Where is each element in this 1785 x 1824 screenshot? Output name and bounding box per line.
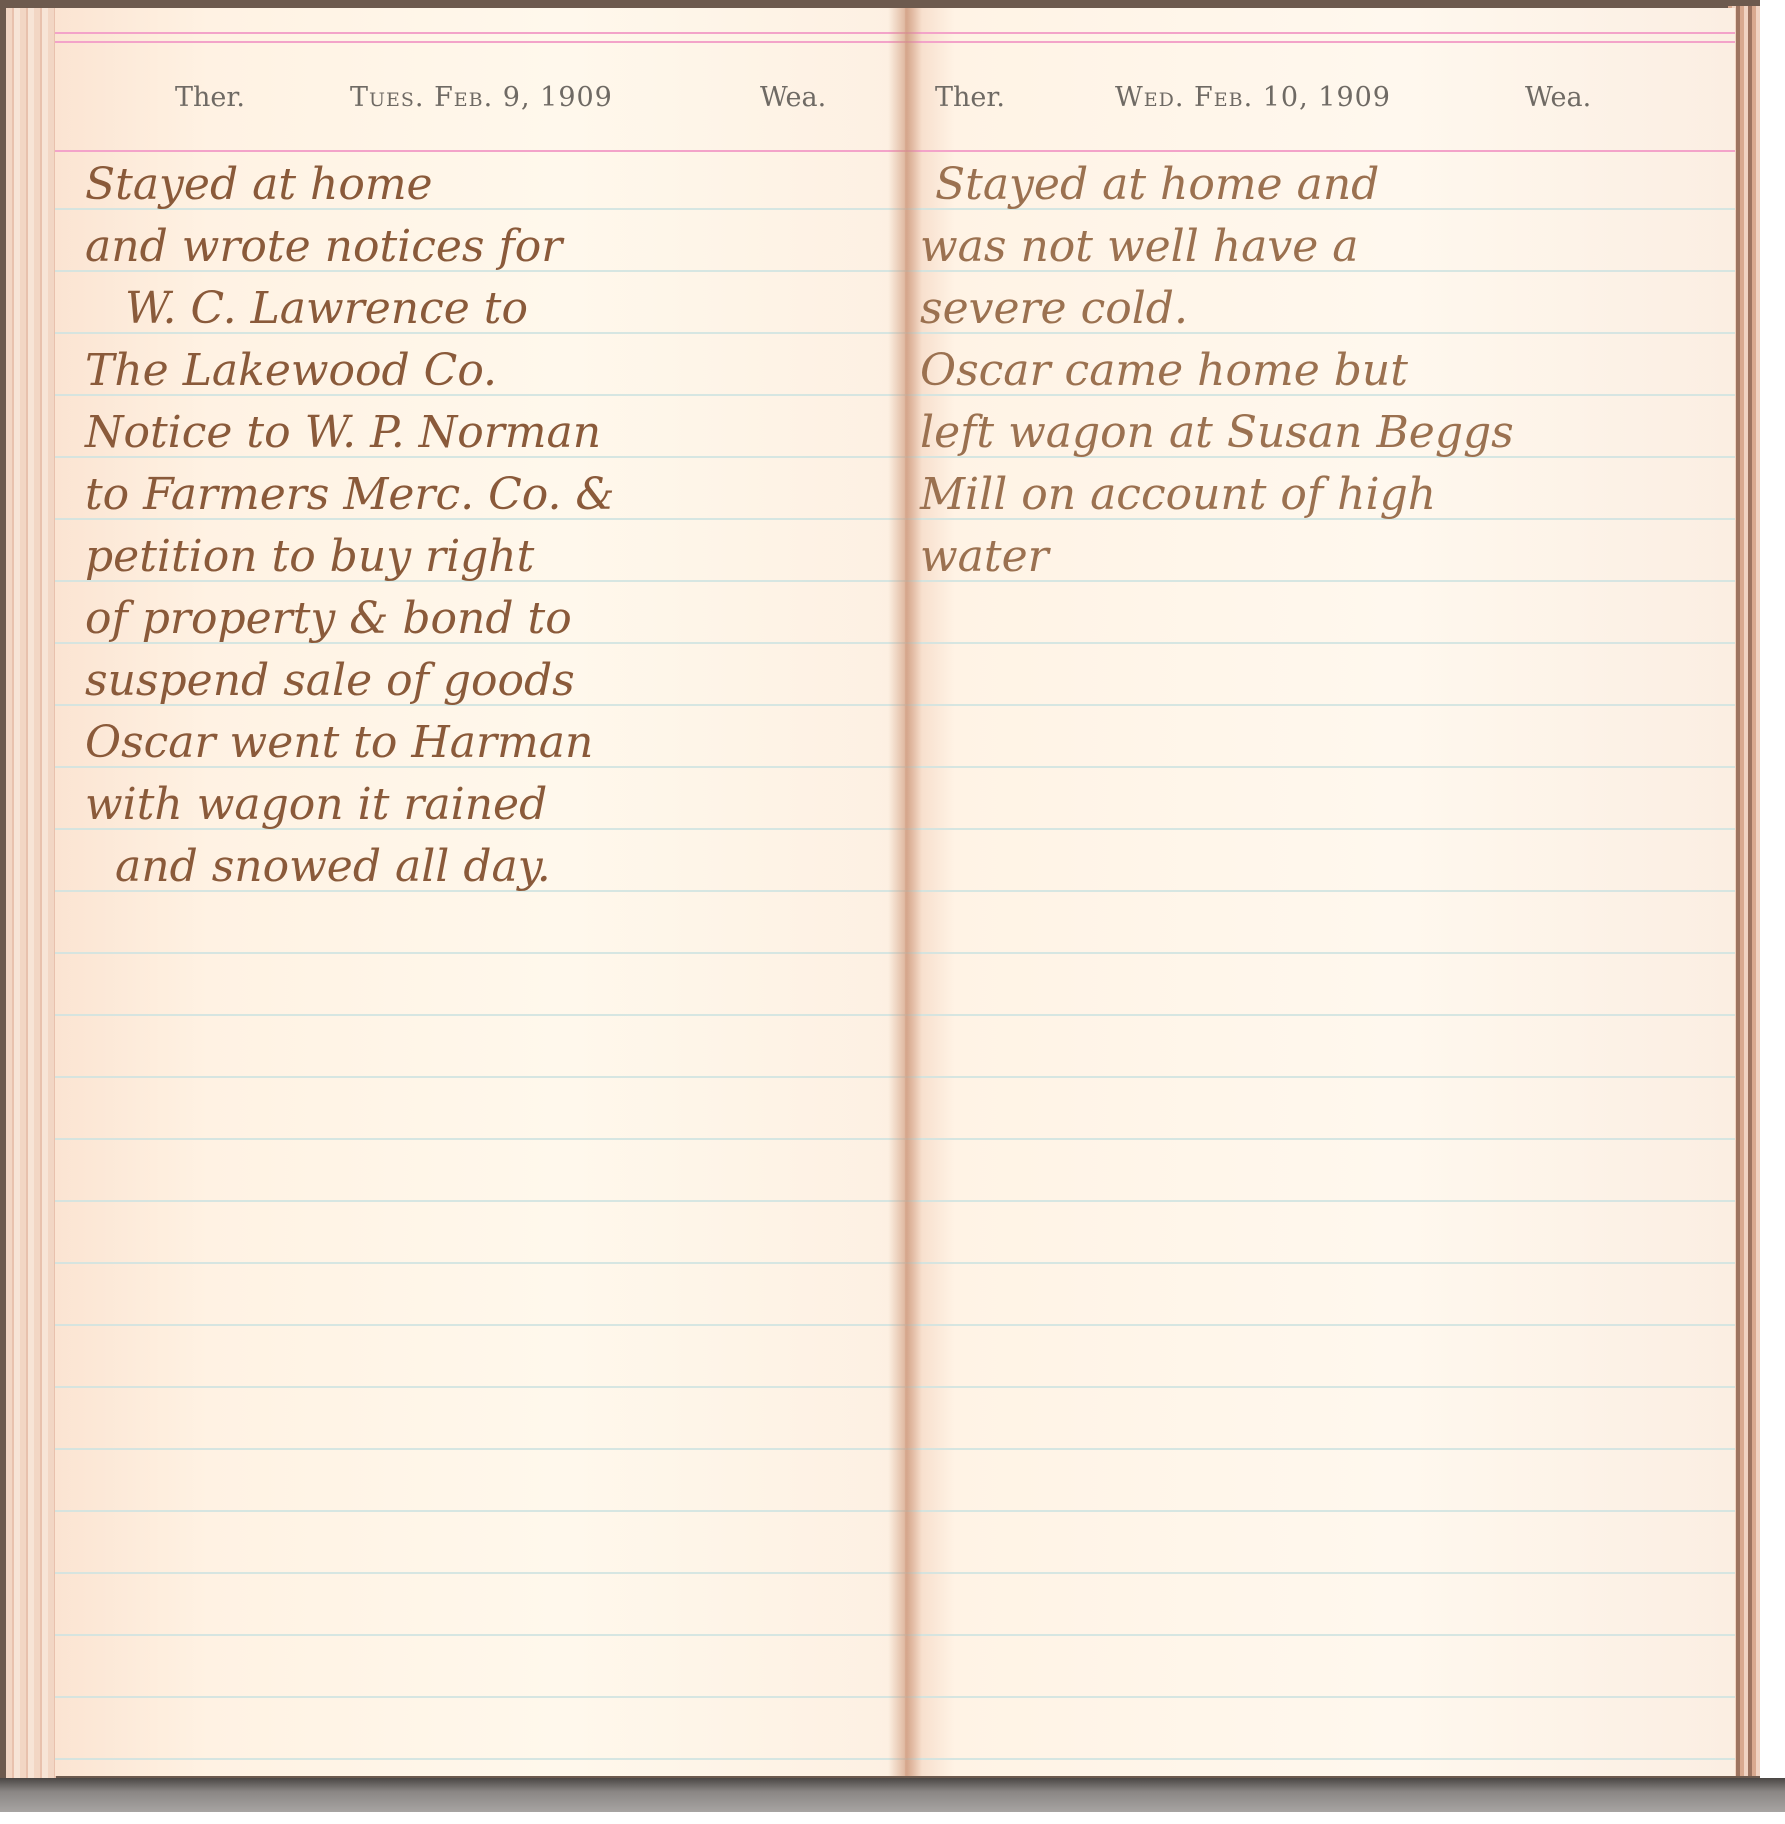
entry-line: to Farmers Merc. Co. & bbox=[85, 464, 885, 526]
entry-line: Notice to W. P. Norman bbox=[85, 402, 885, 464]
entry-line: Mill on account of high bbox=[920, 464, 1715, 526]
entry-line: The Lakewood Co. bbox=[85, 340, 885, 402]
header-rule-bottom bbox=[55, 150, 905, 152]
page-header: Ther. Tues. Feb. 9, 1909 Wea. bbox=[55, 82, 905, 122]
entry-line: with wagon it rained bbox=[85, 774, 885, 836]
entry-line: and wrote notices for bbox=[85, 216, 885, 278]
entry-line: Oscar came home but bbox=[920, 340, 1715, 402]
entry-line: W. C. Lawrence to bbox=[85, 278, 885, 340]
thermometer-label: Ther. bbox=[175, 82, 245, 113]
entry-date: Wed. Feb. 10, 1909 bbox=[1115, 82, 1391, 113]
entry-line: of property & bond to bbox=[85, 588, 885, 650]
entry-date: Tues. Feb. 9, 1909 bbox=[350, 82, 613, 113]
handwritten-entry: Stayed at home and wrote notices for W. … bbox=[85, 154, 885, 898]
entry-line: petition to buy right bbox=[85, 526, 885, 588]
entry-line: Stayed at home and bbox=[920, 154, 1715, 216]
header-rule-top-2 bbox=[55, 41, 905, 43]
header-rule-bottom bbox=[905, 150, 1735, 152]
entry-line: severe cold. bbox=[920, 278, 1715, 340]
diary-page-right: Ther. Wed. Feb. 10, 1909 Wea. Stayed at … bbox=[905, 8, 1735, 1776]
entry-line: and snowed all day. bbox=[85, 836, 885, 898]
header-rule-top bbox=[905, 32, 1735, 34]
entry-line: water bbox=[920, 526, 1715, 588]
entry-line: left wagon at Susan Beggs bbox=[920, 402, 1715, 464]
entry-line: Oscar went to Harman bbox=[85, 712, 885, 774]
weather-label: Wea. bbox=[1525, 82, 1591, 113]
thermometer-label: Ther. bbox=[935, 82, 1005, 113]
header-rule-top bbox=[55, 32, 905, 34]
page-header: Ther. Wed. Feb. 10, 1909 Wea. bbox=[905, 82, 1735, 122]
left-page-edges bbox=[6, 8, 56, 1778]
handwritten-entry: Stayed at home and was not well have a s… bbox=[920, 154, 1715, 588]
diary-page-left: Ther. Tues. Feb. 9, 1909 Wea. Stayed at … bbox=[55, 8, 905, 1776]
scanner-edge bbox=[0, 1778, 1785, 1812]
weather-label: Wea. bbox=[760, 82, 826, 113]
header-rule-top-2 bbox=[905, 41, 1735, 43]
entry-line: Stayed at home bbox=[85, 154, 885, 216]
entry-line: suspend sale of goods bbox=[85, 650, 885, 712]
entry-line: was not well have a bbox=[920, 216, 1715, 278]
